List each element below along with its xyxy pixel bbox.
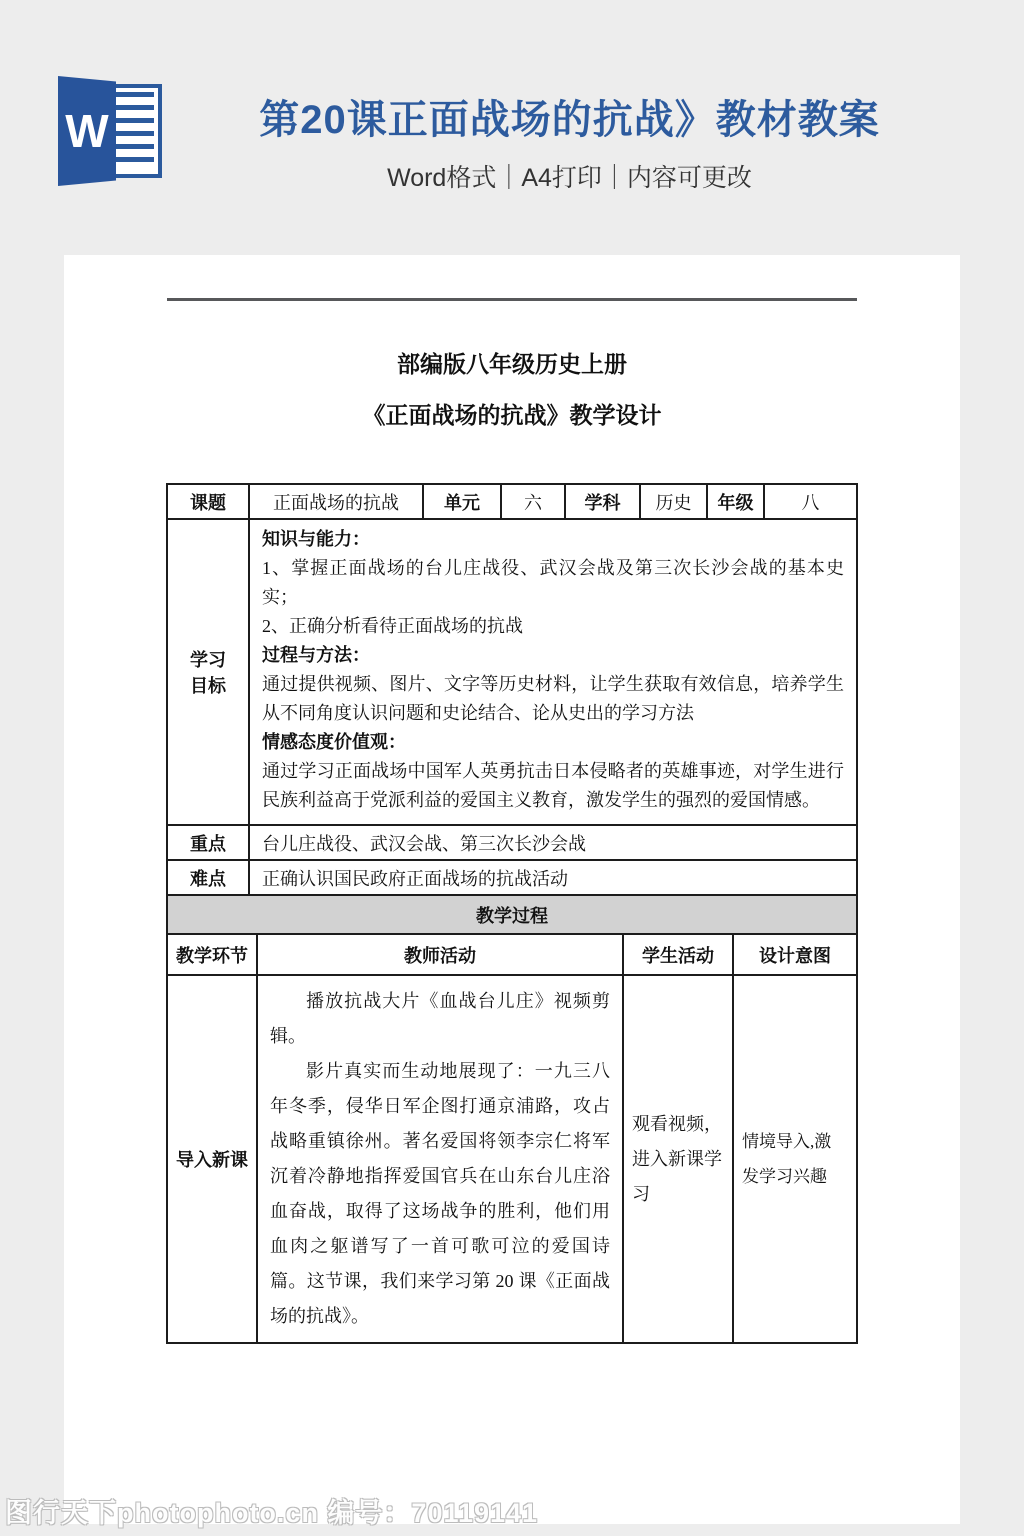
teacher-activity-paragraph: 播放抗战大片《血战台儿庄》视频剪辑。: [270, 984, 610, 1054]
page-subtitle: Word格式｜A4打印｜内容可更改: [170, 158, 969, 194]
goal-section-heading: 知识与能力：: [262, 525, 844, 554]
difficulty-label: 难点: [167, 860, 249, 895]
divider-rule: [167, 298, 857, 301]
teacher-activity: 播放抗战大片《血战台儿庄》视频剪辑。 影片真实而生动地展现了：一九三八年冬季，侵…: [257, 975, 623, 1343]
key-point-value: 台儿庄战役、武汉会战、第三次长沙会战: [249, 825, 857, 860]
unit-value: 六: [501, 484, 565, 519]
site-watermark: 图行天下photophoto.cn 编号：70119141: [5, 1491, 538, 1530]
grade-label: 年级: [707, 484, 764, 519]
word-icon-letter: W: [65, 104, 108, 158]
promo-text-block: 第20课正面战场的抗战》教材教案 Word格式｜A4打印｜内容可更改: [170, 88, 969, 194]
col-header-intent: 设计意图: [733, 934, 857, 975]
key-point-label: 重点: [167, 825, 249, 860]
design-intent: 情境导入,激发学习兴趣: [733, 975, 857, 1343]
doc-heading-series: 部编版八年级历史上册: [64, 351, 960, 379]
table-row-process-headers: 教学环节 教师活动 学生活动 设计意图: [167, 934, 857, 975]
course-label: 课题: [167, 484, 249, 519]
student-activity: 观看视频，进入新课学习: [623, 975, 733, 1343]
subject-value: 历史: [640, 484, 707, 519]
document-page: 部编版八年级历史上册 《正面战场的抗战》教学设计 课题 正面战场的抗战 单元 六…: [64, 255, 960, 1524]
goal-label: 学习 目标: [167, 519, 249, 825]
word-icon-panel: W: [58, 76, 116, 186]
table-row-meta: 课题 正面战场的抗战 单元 六 学科 历史 年级 八: [167, 484, 857, 519]
promo-header: W 第20课正面战场的抗战》教材教案 Word格式｜A4打印｜内容可更改: [0, 0, 1024, 255]
col-header-teacher: 教师活动: [257, 934, 623, 975]
teaching-process-table: 教学过程 教学环节 教师活动 学生活动 设计意图 导入新课 播放抗战大片《血战台…: [166, 894, 858, 1344]
goal-section-text: 2、正确分析看待正面战场的抗战: [262, 612, 844, 641]
grade-value: 八: [764, 484, 857, 519]
goal-section-heading: 过程与方法：: [262, 641, 844, 670]
word-document-icon: W: [58, 76, 168, 186]
table-row-process-title: 教学过程: [167, 895, 857, 934]
doc-heading-title: 《正面战场的抗战》教学设计: [64, 402, 960, 430]
table-row-lesson-intro: 导入新课 播放抗战大片《血战台儿庄》视频剪辑。 影片真实而生动地展现了：一九三八…: [167, 975, 857, 1343]
unit-label: 单元: [423, 484, 501, 519]
page-title: 第20课正面战场的抗战》教材教案: [170, 88, 969, 145]
course-value: 正面战场的抗战: [249, 484, 423, 519]
table-row-key-point: 重点 台儿庄战役、武汉会战、第三次长沙会战: [167, 825, 857, 860]
table-row-difficulty: 难点 正确认识国民政府正面战场的抗战活动: [167, 860, 857, 895]
goal-section-text: 1、掌握正面战场的台儿庄战役、武汉会战及第三次长沙会战的基本史实；: [262, 554, 844, 612]
process-title: 教学过程: [167, 895, 857, 934]
goal-section-text: 通过提供视频、图片、文字等历史材料，让学生获取有效信息，培养学生从不同角度认识问…: [262, 670, 844, 728]
goal-content: 知识与能力： 1、掌握正面战场的台儿庄战役、武汉会战及第三次长沙会战的基本史实；…: [249, 519, 857, 825]
goal-section-heading: 情感态度价值观：: [262, 728, 844, 757]
col-header-student: 学生活动: [623, 934, 733, 975]
word-icon-text-lines: [112, 92, 154, 170]
stage-value: 导入新课: [167, 975, 257, 1343]
difficulty-value: 正确认识国民政府正面战场的抗战活动: [249, 860, 857, 895]
teacher-activity-paragraph: 影片真实而生动地展现了：一九三八年冬季，侵华日军企图打通京浦路，攻占战略重镇徐州…: [270, 1054, 610, 1334]
goal-section-text: 通过学习正面战场中国军人英勇抗击日本侵略者的英雄事迹，对学生进行民族利益高于党派…: [262, 757, 844, 815]
lesson-info-table: 课题 正面战场的抗战 单元 六 学科 历史 年级 八 学习 目标 知识与能力： …: [166, 483, 858, 896]
col-header-stage: 教学环节: [167, 934, 257, 975]
table-row-goals: 学习 目标 知识与能力： 1、掌握正面战场的台儿庄战役、武汉会战及第三次长沙会战…: [167, 519, 857, 825]
subject-label: 学科: [565, 484, 640, 519]
